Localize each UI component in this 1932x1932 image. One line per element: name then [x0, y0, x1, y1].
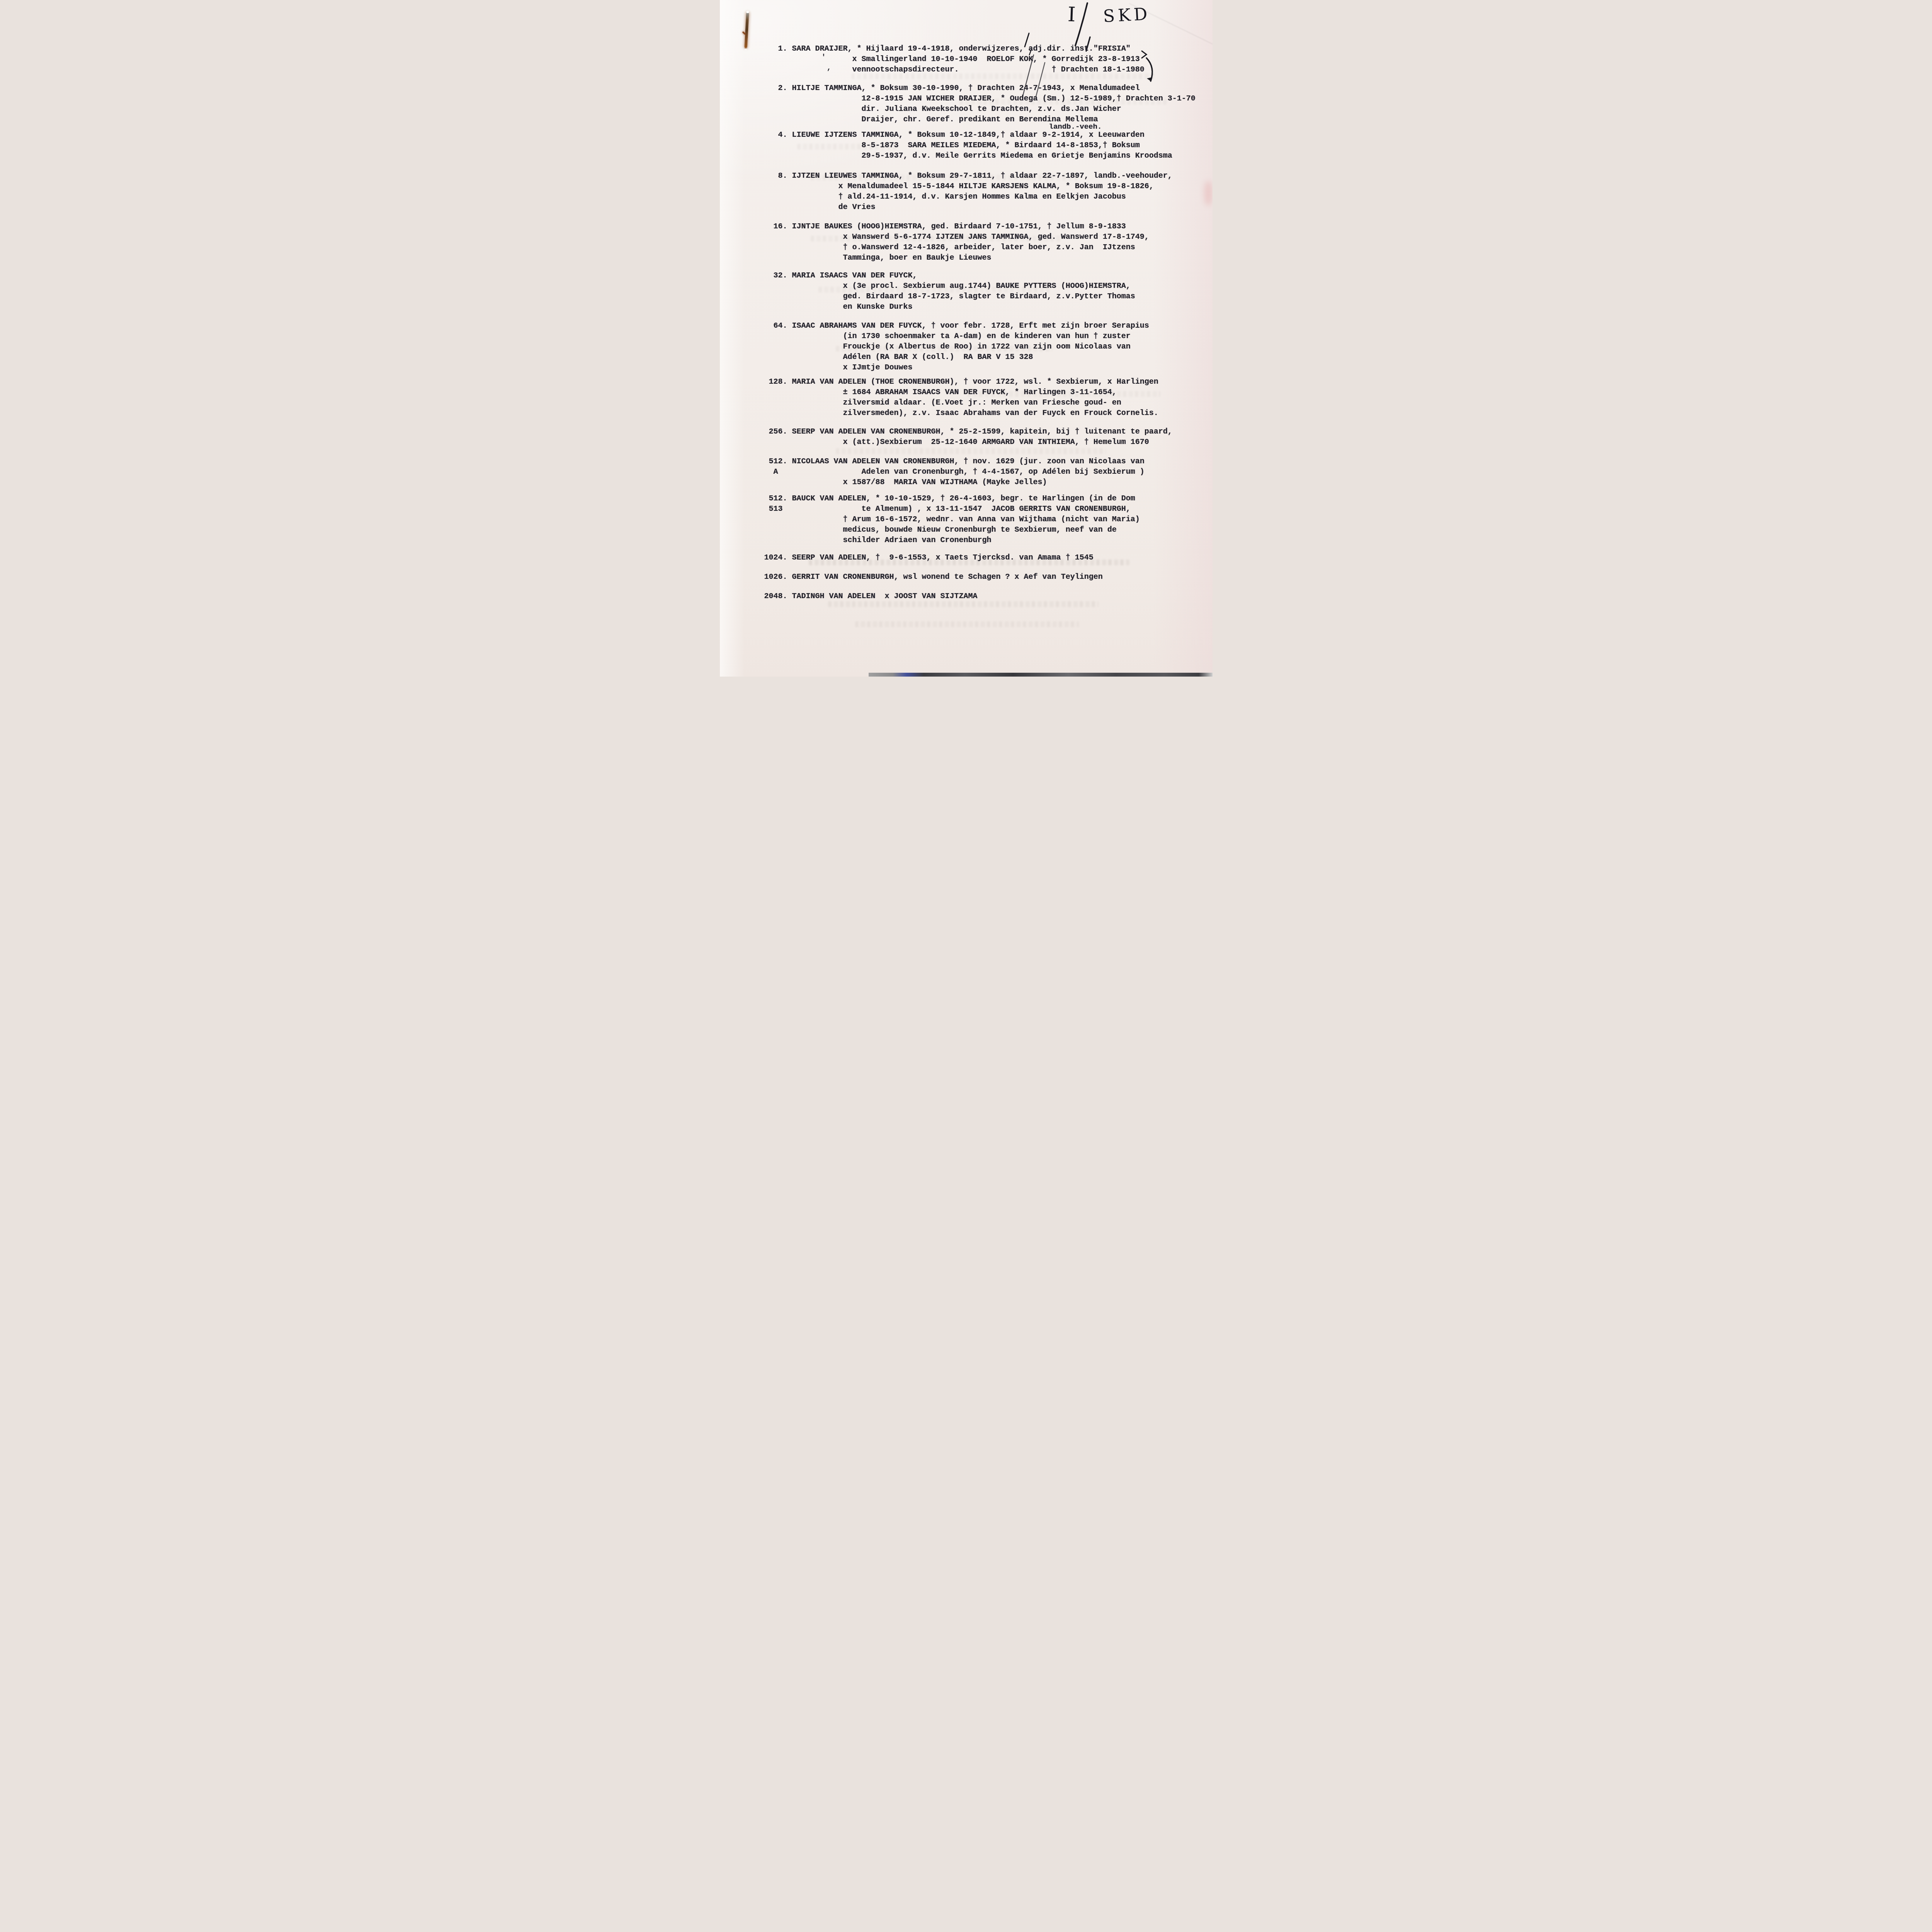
- entry-line: 12-8-1915 JAN WICHER DRAIJER, * Oudega (…: [764, 94, 1196, 104]
- scanned-document-page: ' , I SKD 1. SARA DRAIJER, * Hijlaard 19…: [720, 0, 1213, 677]
- entry-line: 513 te Almenum) , x 13-11-1547 JACOB GER…: [764, 504, 1140, 514]
- handwritten-annotation-i: I: [1067, 5, 1076, 24]
- entry-line: 64. ISAAC ABRAHAMS VAN DER FUYCK, † voor…: [764, 321, 1149, 331]
- entry-line: x Smallingerland 10-10-1940 ROELOF KOK, …: [764, 54, 1145, 65]
- handwritten-annotation-skd: SKD: [1102, 6, 1150, 25]
- interline-superscript: landb.-veeh.: [1049, 123, 1102, 131]
- entry-line: 8. IJTZEN LIEUWES TAMMINGA, * Boksum 29-…: [764, 171, 1172, 181]
- genealogy-entry: 512. NICOLAAS VAN ADELEN VAN CRONENBURGH…: [764, 456, 1145, 488]
- genealogy-entry: 1026. GERRIT VAN CRONENBURGH, wsl wonend…: [764, 572, 1103, 582]
- entry-line: schilder Adriaen van Cronenburgh: [764, 535, 1140, 546]
- genealogy-entry: 32. MARIA ISAACS VAN DER FUYCK, x (3e pr…: [764, 270, 1135, 312]
- entry-line: 1026. GERRIT VAN CRONENBURGH, wsl wonend…: [764, 572, 1103, 582]
- bleedthrough-text-ghost: [855, 621, 1079, 627]
- handwritten-slash-stroke: [1075, 3, 1087, 46]
- entry-line: x IJmtje Douwes: [764, 362, 1149, 373]
- entry-line: x Wanswerd 5-6-1774 IJTZEN JANS TAMMINGA…: [764, 232, 1149, 242]
- entry-line: Frouckje (x Albertus de Roo) in 1722 van…: [764, 342, 1149, 352]
- genealogy-entry: 256. SEERP VAN ADELEN VAN CRONENBURGH, *…: [764, 427, 1172, 447]
- entry-line: en Kunske Durks: [764, 302, 1135, 312]
- genealogy-entry: 1. SARA DRAIJER, * Hijlaard 19-4-1918, o…: [764, 44, 1145, 75]
- entry-line: dir. Juliana Kweekschool te Drachten, z.…: [764, 104, 1196, 114]
- entry-line: Tamminga, boer en Baukje Lieuwes: [764, 253, 1149, 263]
- entry-line: vennootschapsdirecteur. † Drachten 18-1-…: [764, 65, 1145, 75]
- entry-line: 16. IJNTJE BAUKES (HOOG)HIEMSTRA, ged. B…: [764, 221, 1149, 232]
- genealogy-entry: 128. MARIA VAN ADELEN (THOE CRONENBURGH)…: [764, 377, 1158, 418]
- entry-line: † ald.24-11-1914, d.v. Karsjen Hommes Ka…: [764, 192, 1172, 202]
- entry-line: 2. HILTJE TAMMINGA, * Boksum 30-10-1990,…: [764, 83, 1196, 94]
- entry-line: x Menaldumadeel 15-5-1844 HILTJE KARSJEN…: [764, 181, 1172, 192]
- entry-line: 1024. SEERP VAN ADELEN, † 9-6-1553, x Ta…: [764, 553, 1094, 563]
- genealogy-entry: 16. IJNTJE BAUKES (HOOG)HIEMSTRA, ged. B…: [764, 221, 1149, 263]
- entry-line: (in 1730 schoenmaker ta A-dam) en de kin…: [764, 331, 1149, 342]
- genealogy-entry: 512. BAUCK VAN ADELEN, * 10-10-1529, † 2…: [764, 493, 1140, 546]
- entry-line: ± 1684 ABRAHAM ISAACS VAN DER FUYCK, * H…: [764, 387, 1158, 398]
- entry-line: zilversmid aldaar. (E.Voet jr.: Merken v…: [764, 398, 1158, 408]
- entry-line: x 1587/88 MARIA VAN WIJTHAMA (Mayke Jell…: [764, 477, 1145, 488]
- entry-line: 32. MARIA ISAACS VAN DER FUYCK,: [764, 270, 1135, 281]
- entry-line: 4. LIEUWE IJTZENS TAMMINGA, * Boksum 10-…: [764, 130, 1172, 140]
- genealogy-entry: 64. ISAAC ABRAHAMS VAN DER FUYCK, † voor…: [764, 321, 1149, 373]
- entry-line: Adélen (RA BAR X (coll.) RA BAR V 15 328: [764, 352, 1149, 362]
- entry-line: ged. Birdaard 18-7-1723, slagter te Bird…: [764, 291, 1135, 302]
- entry-line: 29-5-1937, d.v. Meile Gerrits Miedema en…: [764, 151, 1172, 161]
- entry-line: 256. SEERP VAN ADELEN VAN CRONENBURGH, *…: [764, 427, 1172, 437]
- entry-line: 2048. TADINGH VAN ADELEN x JOOST VAN SIJ…: [764, 591, 978, 602]
- genealogy-entry: 2048. TADINGH VAN ADELEN x JOOST VAN SIJ…: [764, 591, 978, 602]
- entry-line: zilversmeden), z.v. Isaac Abrahams van d…: [764, 408, 1158, 418]
- entry-line: Draijer, chr. Geref. predikant en Berend…: [764, 114, 1196, 125]
- entry-line: x (3e procl. Sexbierum aug.1744) BAUKE P…: [764, 281, 1135, 291]
- entry-line: x (att.)Sexbierum 25-12-1640 ARMGARD VAN…: [764, 437, 1172, 447]
- genealogy-entry: 1024. SEERP VAN ADELEN, † 9-6-1553, x Ta…: [764, 553, 1094, 563]
- entry-line: A Adelen van Cronenburgh, † 4-4-1567, op…: [764, 467, 1145, 477]
- pink-stain: [1204, 181, 1213, 206]
- entry-line: 128. MARIA VAN ADELEN (THOE CRONENBURGH)…: [764, 377, 1158, 387]
- bleedthrough-text-ghost: [836, 448, 1106, 454]
- bleedthrough-text-ghost: [828, 601, 1099, 607]
- entry-line: † Arum 16-6-1572, wednr. van Anna van Wi…: [764, 514, 1140, 525]
- entry-line: de Vries: [764, 202, 1172, 213]
- entry-line: 8-5-1873 SARA MEILES MIEDEMA, * Birdaard…: [764, 140, 1172, 151]
- entry-line: 1. SARA DRAIJER, * Hijlaard 19-4-1918, o…: [764, 44, 1145, 54]
- scanner-edge-strip: [869, 673, 1213, 677]
- genealogy-entry: 2. HILTJE TAMMINGA, * Boksum 30-10-1990,…: [764, 83, 1196, 125]
- entry-line: 512. BAUCK VAN ADELEN, * 10-10-1529, † 2…: [764, 493, 1140, 504]
- staple-rust-mark: [744, 12, 749, 48]
- genealogy-entry: 4. LIEUWE IJTZENS TAMMINGA, * Boksum 10-…: [764, 130, 1172, 161]
- entry-line: † o.Wanswerd 12-4-1826, arbeider, later …: [764, 242, 1149, 253]
- entry-line: 512. NICOLAAS VAN ADELEN VAN CRONENBURGH…: [764, 456, 1145, 467]
- entry-line: medicus, bouwde Nieuw Cronenburgh te Sex…: [764, 525, 1140, 535]
- genealogy-entry: 8. IJTZEN LIEUWES TAMMINGA, * Boksum 29-…: [764, 171, 1172, 213]
